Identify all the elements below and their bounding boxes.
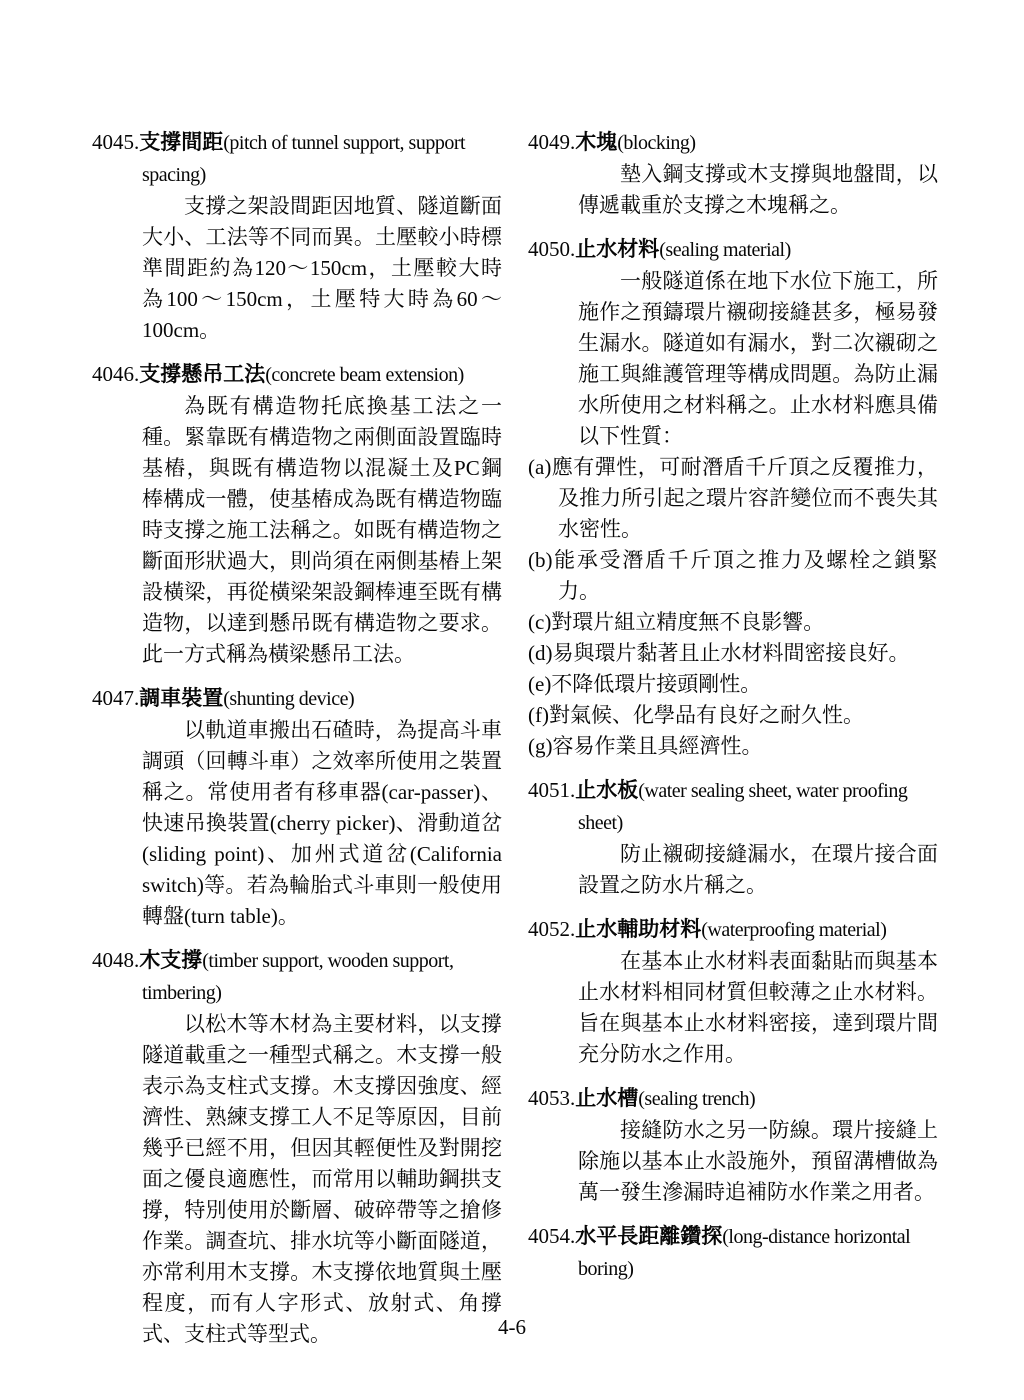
entry-4050: 4050.止水材料(sealing material) 一般隧道係在地下水位下施… <box>528 234 938 762</box>
entry-term-zh: 支撐懸吊工法 <box>139 362 265 386</box>
entry-definition: 為既有構造物托底換基工法之一種。緊靠既有構造物之兩側面設置臨時基樁，與既有構造物… <box>142 391 502 670</box>
entry-definition: 防止襯砌接縫漏水，在環片接合面設置之防水片稱之。 <box>578 839 938 901</box>
entry-term-zh: 支撐間距 <box>139 130 223 154</box>
entry-4054: 4054.水平長距離鑽探(long-distance horizontal bo… <box>528 1221 938 1285</box>
entry-term-zh: 調車裝置 <box>139 686 223 710</box>
entry-term-en: (shunting device) <box>223 688 354 710</box>
entry-4049: 4049.木塊(blocking) 墊入鋼支撐或木支撐與地盤間，以傳遞載重於支撐… <box>528 127 938 221</box>
entry-heading: 4045.支撐間距(pitch of tunnel support, suppo… <box>92 127 502 191</box>
entry-4047: 4047.調車裝置(shunting device) 以軌道車搬出石碴時，為提高… <box>92 683 502 932</box>
entry-4046: 4046.支撐懸吊工法(concrete beam extension) 為既有… <box>92 359 502 670</box>
entry-heading: 4046.支撐懸吊工法(concrete beam extension) <box>92 359 502 391</box>
glossary-page: 4045.支撐間距(pitch of tunnel support, suppo… <box>0 0 1024 1400</box>
entry-term-en: (waterproofing material) <box>701 919 886 941</box>
entry-definition: 一般隧道係在地下水位下施工，所施作之預鑄環片襯砌接縫甚多，極易發生漏水。隧道如有… <box>578 266 938 452</box>
entry-term-zh: 止水槽 <box>575 1086 638 1110</box>
entry-4045: 4045.支撐間距(pitch of tunnel support, suppo… <box>92 127 502 346</box>
entry-number: 4050. <box>528 237 575 261</box>
entry-4048: 4048.木支撐(timber support, wooden support,… <box>92 945 502 1350</box>
property-item: (b)能承受潛盾千斤頂之推力及螺栓之鎖緊力。 <box>528 545 938 607</box>
entry-heading: 4048.木支撐(timber support, wooden support,… <box>92 945 502 1009</box>
entry-term-en: (blocking) <box>617 132 695 154</box>
right-column: 4049.木塊(blocking) 墊入鋼支撐或木支撐與地盤間，以傳遞載重於支撐… <box>528 127 938 1298</box>
entry-heading: 4052.止水輔助材料(waterproofing material) <box>528 914 938 946</box>
entry-4053: 4053.止水槽(sealing trench) 接縫防水之另一防線。環片接縫上… <box>528 1083 938 1208</box>
entry-definition: 支撐之架設間距因地質、隧道斷面大小、工法等不同而異。土壓較小時標準間距約為120… <box>142 191 502 346</box>
entry-number: 4051. <box>528 778 575 802</box>
property-item: (a)應有彈性，可耐潛盾千斤頂之反覆推力，及推力所引起之環片容許變位而不喪失其水… <box>528 452 938 545</box>
left-column: 4045.支撐間距(pitch of tunnel support, suppo… <box>92 127 502 1363</box>
entry-term-en: (sealing trench) <box>638 1088 755 1110</box>
entry-definition: 以軌道車搬出石碴時，為提高斗車調頭（回轉斗車）之效率所使用之裝置稱之。常使用者有… <box>142 715 502 932</box>
entry-number: 4045. <box>92 130 139 154</box>
entry-term-zh: 止水輔助材料 <box>575 917 701 941</box>
entry-term-zh: 止水材料 <box>575 237 659 261</box>
entry-number: 4047. <box>92 686 139 710</box>
page-number: 4-6 <box>0 1313 1024 1341</box>
entry-heading: 4050.止水材料(sealing material) <box>528 234 938 266</box>
property-item: (c)對環片組立精度無不良影響。 <box>528 607 938 638</box>
entry-term-zh: 木塊 <box>575 130 617 154</box>
entry-4052: 4052.止水輔助材料(waterproofing material) 在基本止… <box>528 914 938 1070</box>
entry-term-zh: 水平長距離鑽探 <box>575 1224 722 1248</box>
entry-number: 4052. <box>528 917 575 941</box>
entry-definition: 接縫防水之另一防線。環片接縫上除施以基本止水設施外，預留溝槽做為萬一發生滲漏時追… <box>578 1115 938 1208</box>
entry-number: 4054. <box>528 1224 575 1248</box>
entry-heading: 4053.止水槽(sealing trench) <box>528 1083 938 1115</box>
property-item: (g)容易作業且具經濟性。 <box>528 731 938 762</box>
entry-definition: 以松木等木材為主要材料，以支撐隧道載重之一種型式稱之。木支撐一般表示為支柱式支撐… <box>142 1009 502 1350</box>
property-item: (d)易與環片黏著且止水材料間密接良好。 <box>528 638 938 669</box>
entry-4051: 4051.止水板(water sealing sheet, water proo… <box>528 775 938 901</box>
entry-definition: 墊入鋼支撐或木支撐與地盤間，以傳遞載重於支撐之木塊稱之。 <box>578 159 938 221</box>
entry-number: 4049. <box>528 130 575 154</box>
property-item: (e)不降低環片接頭剛性。 <box>528 669 938 700</box>
entry-term-en: (concrete beam extension) <box>265 364 464 386</box>
entry-definition: 在基本止水材料表面黏貼而與基本止水材料相同材質但較薄之止水材料。旨在與基本止水材… <box>578 946 938 1070</box>
entry-term-en: (sealing material) <box>659 239 791 261</box>
entry-term-zh: 木支撐 <box>139 948 202 972</box>
entry-heading: 4047.調車裝置(shunting device) <box>92 683 502 715</box>
entry-heading: 4054.水平長距離鑽探(long-distance horizontal bo… <box>528 1221 938 1285</box>
entry-heading: 4049.木塊(blocking) <box>528 127 938 159</box>
entry-heading: 4051.止水板(water sealing sheet, water proo… <box>528 775 938 839</box>
entry-number: 4046. <box>92 362 139 386</box>
entry-term-zh: 止水板 <box>575 778 638 802</box>
property-item: (f)對氣候、化學品有良好之耐久性。 <box>528 700 938 731</box>
entry-number: 4048. <box>92 948 139 972</box>
entry-number: 4053. <box>528 1086 575 1110</box>
